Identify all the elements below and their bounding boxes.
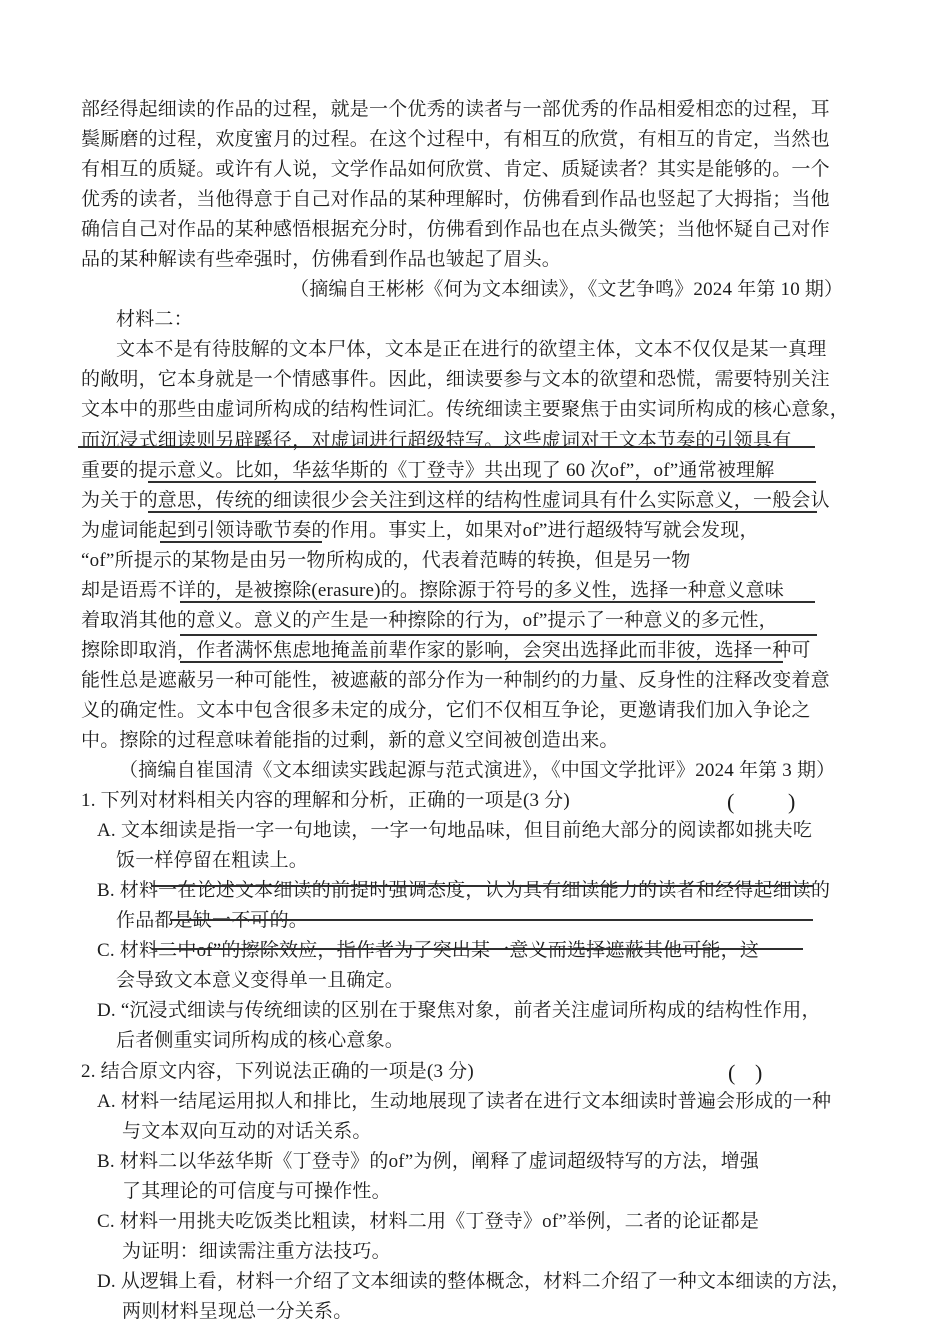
line-text: A. 文本细读是指一字一句地读，一字一句地品味，但目前绝大部分的阅读都如挑夫吃 bbox=[97, 816, 812, 846]
line-text: 1. 下列对材料相关内容的理解和分析，正确的一项是(3 分) bbox=[81, 786, 570, 816]
line-text: C. 材料二中of”的擦除效应，指作者为了突出某一意义而选择遮蔽其他可能，这 bbox=[97, 936, 759, 966]
document-line: 文本不是有待肢解的文本尸体，文本是正在进行的欲望主体，文本不仅仅是某一真理 bbox=[0, 335, 950, 365]
line-text: 两则材料呈现总一分关系。 bbox=[122, 1297, 352, 1327]
document-line: 了其理论的可信度与可操作性。 bbox=[0, 1177, 950, 1207]
document-line: 却是语焉不详的，是被擦除(erasure)的。擦除源于符号的多义性，选择一种意义… bbox=[0, 576, 950, 606]
line-text: 擦除即取消，作者满怀焦虑地掩盖前辈作家的影响，会突出选择此而非彼，选择一种可 bbox=[81, 636, 811, 666]
document-line: （摘编自崔国清《文本细读实践起源与范式演进》，《中国文学批评》2024 年第 3… bbox=[0, 756, 950, 786]
line-text: B. 材料一在论述文本细读的前提时强调态度，认为具有细读能力的读者和经得起细读的 bbox=[97, 876, 830, 906]
answer-bracket: ) bbox=[788, 787, 796, 817]
document-line: C. 材料二中of”的擦除效应，指作者为了突出某一意义而选择遮蔽其他可能，这 bbox=[0, 936, 950, 966]
document-line: 1. 下列对材料相关内容的理解和分析，正确的一项是(3 分)() bbox=[0, 786, 950, 816]
document-line: D. “沉浸式细读与传统细读的区别在于聚焦对象，前者关注虚词所构成的结构性作用， bbox=[0, 996, 950, 1026]
line-text: 文本不是有待肢解的文本尸体，文本是正在进行的欲望主体，文本不仅仅是某一真理 bbox=[116, 335, 826, 365]
document-line: 而沉浸式细读则另辟蹊径，对虚词进行超级特写。这些虚词对于文本节奏的引领具有 bbox=[0, 426, 950, 456]
document-line: 擦除即取消，作者满怀焦虑地掩盖前辈作家的影响，会突出选择此而非彼，选择一种可 bbox=[0, 636, 950, 666]
document-line: 文本中的那些由虚词所构成的结构性词汇。传统细读主要聚焦于由实词所构成的核心意象， bbox=[0, 395, 950, 425]
document-line: C. 材料一用挑夫吃饭类比粗读，材料二用《丁登寺》of”举例，二者的论证都是 bbox=[0, 1207, 950, 1237]
line-text: 而沉浸式细读则另辟蹊径，对虚词进行超级特写。这些虚词对于文本节奏的引领具有 bbox=[81, 426, 791, 456]
document-line: 与文本双向互动的对话关系。 bbox=[0, 1117, 950, 1147]
document-line: 材料二： bbox=[0, 305, 950, 335]
line-text: 却是语焉不详的，是被擦除(erasure)的。擦除源于符号的多义性，选择一种意义… bbox=[81, 576, 784, 606]
answer-bracket: ) bbox=[755, 1058, 763, 1088]
line-text: “of”所提示的某物是由另一物所构成的，代表着范畴的转换，但是另一物 bbox=[81, 546, 691, 576]
document-line: 2. 结合原文内容，下列说法正确的一项是(3 分)() bbox=[0, 1057, 950, 1087]
document-line: A. 文本细读是指一字一句地读，一字一句地品味，但目前绝大部分的阅读都如挑夫吃 bbox=[0, 816, 950, 846]
document-line: 部经得起细读的作品的过程，就是一个优秀的读者与一部优秀的作品相爱相恋的过程，耳 bbox=[0, 95, 950, 125]
document-line: B. 材料二以华兹华斯《丁登寺》的of”为例，阐释了虚词超级特写的方法，增强 bbox=[0, 1147, 950, 1177]
document-line: 两则材料呈现总一分关系。 bbox=[0, 1297, 950, 1327]
document-line: 中。擦除的过程意味着能指的过剩，新的意义空间被创造出来。 bbox=[0, 726, 950, 756]
line-text: 能性总是遮蔽另一种可能性，被遮蔽的部分作为一种制约的力量、反身性的注释改变着意 bbox=[81, 666, 830, 696]
document-line: 饭一样停留在粗读上。 bbox=[0, 846, 950, 876]
document-line: （摘编自王彬彬《何为文本细读》，《文艺争鸣》2024 年第 10 期） bbox=[0, 275, 950, 305]
line-text: A. 材料一结尾运用拟人和排比，生动地展现了读者在进行文本细读时普遍会形成的一种 bbox=[97, 1087, 831, 1117]
answer-bracket: ( bbox=[727, 787, 735, 817]
line-text: D. 从逻辑上看，材料一介绍了文本细读的整体概念，材料二介绍了一种文本细读的方法… bbox=[97, 1267, 850, 1297]
document-line: 会导致文本意义变得单一且确定。 bbox=[0, 966, 950, 996]
line-text: 着取消其他的意义。意义的产生是一种擦除的行为，of”提示了一种意义的多元性， bbox=[81, 606, 778, 636]
line-text: 有相互的质疑。或许有人说，文学作品如何欣赏、肯定、质疑读者？其实是能够的。一个 bbox=[81, 155, 830, 185]
document-line: 作品都是缺一不可的。 bbox=[0, 906, 950, 936]
document-line: 能性总是遮蔽另一种可能性，被遮蔽的部分作为一种制约的力量、反身性的注释改变着意 bbox=[0, 666, 950, 696]
document-line: 优秀的读者，当他得意于自己对作品的某种理解时，仿佛看到作品也竖起了大拇指；当他 bbox=[0, 185, 950, 215]
line-text: 鬓厮磨的过程，欢度蜜月的过程。在这个过程中，有相互的欣赏，有相互的肯定，当然也 bbox=[81, 125, 830, 155]
line-text: 为虚词能起到引领诗歌节奏的作用。事实上，如果对of”进行超级特写就会发现， bbox=[81, 516, 759, 546]
line-text: C. 材料一用挑夫吃饭类比粗读，材料二用《丁登寺》of”举例，二者的论证都是 bbox=[97, 1207, 759, 1237]
line-text: 了其理论的可信度与可操作性。 bbox=[122, 1177, 391, 1207]
line-text: 后者侧重实词所构成的核心意象。 bbox=[116, 1026, 404, 1056]
line-text: 中。擦除的过程意味着能指的过剩，新的意义空间被创造出来。 bbox=[81, 726, 619, 756]
line-text: 义的确定性。文本中包含很多未定的成分，它们不仅相互争论，更邀请我们加入争论之 bbox=[81, 696, 811, 726]
document-line: 后者侧重实词所构成的核心意象。 bbox=[0, 1026, 950, 1056]
line-text: 重要的提示意义。比如，华兹华斯的《丁登寺》共出现了 60 次of”，of”通常被… bbox=[81, 456, 774, 486]
line-text: 文本中的那些由虚词所构成的结构性词汇。传统细读主要聚焦于由实词所构成的核心意象， bbox=[81, 395, 849, 425]
line-text: 优秀的读者，当他得意于自己对作品的某种理解时，仿佛看到作品也竖起了大拇指；当他 bbox=[81, 185, 830, 215]
line-text: （摘编自崔国清《文本细读实践起源与范式演进》，《中国文学批评》2024 年第 3… bbox=[119, 756, 835, 786]
document-line: 为证明：细读需注重方法技巧。 bbox=[0, 1237, 950, 1267]
document-line: A. 材料一结尾运用拟人和排比，生动地展现了读者在进行文本细读时普遍会形成的一种 bbox=[0, 1087, 950, 1117]
document-line: 为关于的意思，传统的细读很少会关注到这样的结构性虚词具有什么实际意义，一般会认 bbox=[0, 486, 950, 516]
line-text: 部经得起细读的作品的过程，就是一个优秀的读者与一部优秀的作品相爱相恋的过程，耳 bbox=[81, 95, 830, 125]
line-text: 饭一样停留在粗读上。 bbox=[116, 846, 308, 876]
line-text: 确信自己对作品的某种感悟根据充分时，仿佛看到作品也在点头微笑；当他怀疑自己对作 bbox=[81, 215, 830, 245]
line-text: 为关于的意思，传统的细读很少会关注到这样的结构性虚词具有什么实际意义，一般会认 bbox=[81, 486, 830, 516]
document-line: 的敞明，它本身就是一个情感事件。因此，细读要参与文本的欲望和恐慌，需要特别关注 bbox=[0, 365, 950, 395]
document-line: 重要的提示意义。比如，华兹华斯的《丁登寺》共出现了 60 次of”，of”通常被… bbox=[0, 456, 950, 486]
document-line: 鬓厮磨的过程，欢度蜜月的过程。在这个过程中，有相互的欣赏，有相互的肯定，当然也 bbox=[0, 125, 950, 155]
document-line: D. 从逻辑上看，材料一介绍了文本细读的整体概念，材料二介绍了一种文本细读的方法… bbox=[0, 1267, 950, 1297]
document-line: B. 材料一在论述文本细读的前提时强调态度，认为具有细读能力的读者和经得起细读的 bbox=[0, 876, 950, 906]
document-line: 为虚词能起到引领诗歌节奏的作用。事实上，如果对of”进行超级特写就会发现， bbox=[0, 516, 950, 546]
line-text: 品的某种解读有些牵强时，仿佛看到作品也皱起了眉头。 bbox=[81, 245, 561, 275]
line-text: 材料二： bbox=[116, 305, 193, 335]
line-text: 与文本双向互动的对话关系。 bbox=[122, 1117, 372, 1147]
answer-bracket: ( bbox=[728, 1058, 736, 1088]
document-line: “of”所提示的某物是由另一物所构成的，代表着范畴的转换，但是另一物 bbox=[0, 546, 950, 576]
document-line: 确信自己对作品的某种感悟根据充分时，仿佛看到作品也在点头微笑；当他怀疑自己对作 bbox=[0, 215, 950, 245]
line-text: （摘编自王彬彬《何为文本细读》，《文艺争鸣》2024 年第 10 期） bbox=[290, 275, 843, 305]
document-line: 着取消其他的意义。意义的产生是一种擦除的行为，of”提示了一种意义的多元性， bbox=[0, 606, 950, 636]
exam-page: 部经得起细读的作品的过程，就是一个优秀的读者与一部优秀的作品相爱相恋的过程，耳鬓… bbox=[0, 0, 950, 1344]
document-line: 品的某种解读有些牵强时，仿佛看到作品也皱起了眉头。 bbox=[0, 245, 950, 275]
line-text: 2. 结合原文内容，下列说法正确的一项是(3 分) bbox=[81, 1057, 474, 1087]
line-text: 会导致文本意义变得单一且确定。 bbox=[116, 966, 404, 996]
line-text: 作品都是缺一不可的。 bbox=[116, 906, 308, 936]
line-text: D. “沉浸式细读与传统细读的区别在于聚焦对象，前者关注虚词所构成的结构性作用， bbox=[97, 996, 821, 1026]
line-text: B. 材料二以华兹华斯《丁登寺》的of”为例，阐释了虚词超级特写的方法，增强 bbox=[97, 1147, 759, 1177]
line-text: 的敞明，它本身就是一个情感事件。因此，细读要参与文本的欲望和恐慌，需要特别关注 bbox=[81, 365, 830, 395]
document-line: 有相互的质疑。或许有人说，文学作品如何欣赏、肯定、质疑读者？其实是能够的。一个 bbox=[0, 155, 950, 185]
document-line: 义的确定性。文本中包含很多未定的成分，它们不仅相互争论，更邀请我们加入争论之 bbox=[0, 696, 950, 726]
line-text: 为证明：细读需注重方法技巧。 bbox=[122, 1237, 391, 1267]
